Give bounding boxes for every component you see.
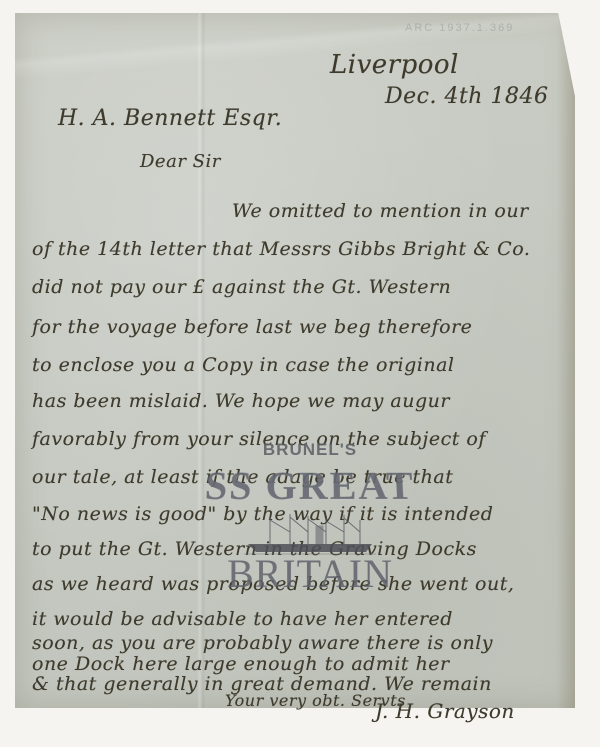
- body-line: for the voyage before last we beg theref…: [32, 316, 472, 338]
- archive-stamp: ARC 1937.1.369: [405, 22, 514, 34]
- body-line: one Dock here large enough to admit her: [32, 653, 450, 675]
- body-line: We omitted to mention in our: [232, 200, 529, 222]
- body-line: "No news is good" by the way if it is in…: [32, 503, 493, 525]
- letter-place: Liverpool: [330, 50, 459, 80]
- letter-addressee: H. A. Bennett Esqr.: [58, 106, 282, 131]
- body-line: to enclose you a Copy in case the origin…: [32, 354, 455, 376]
- body-line: to put the Gt. Western in the Graving Do…: [32, 538, 477, 560]
- body-line: as we heard was proposed before she went…: [32, 573, 514, 595]
- body-line: our tale, at least if the adage be true …: [32, 466, 453, 488]
- body-line: did not pay our £ against the Gt. Wester…: [32, 276, 451, 298]
- body-line: has been mislaid. We hope we may augur: [32, 390, 450, 412]
- letter-salutation: Dear Sir: [140, 151, 221, 172]
- body-line: it would be advisable to have her entere…: [32, 608, 453, 630]
- body-line: favorably from your silence on the subje…: [32, 428, 486, 450]
- body-line: soon, as you are probably aware there is…: [32, 632, 493, 654]
- letter-date: Dec. 4th 1846: [385, 84, 548, 109]
- letter-signature: J. H. Grayson: [375, 699, 515, 723]
- scan-canvas: ARC 1937.1.369 Liverpool Dec. 4th 1846 H…: [0, 0, 600, 747]
- body-line: of the 14th letter that Messrs Gibbs Bri…: [32, 238, 530, 260]
